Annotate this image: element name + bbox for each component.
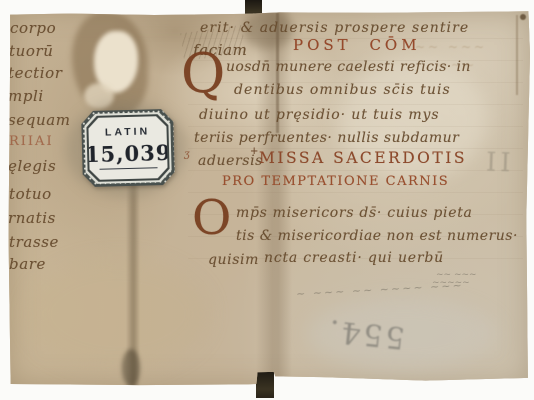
manuscript-line: diuino ut pręsidio· ut tuis mys <box>199 107 439 123</box>
stain <box>84 83 114 109</box>
stain <box>520 14 526 20</box>
stain <box>28 259 208 369</box>
manuscript-line: totuo <box>9 185 52 203</box>
manuscript-line: bare <box>9 255 46 273</box>
manuscript-rubric: RIIAI <box>9 134 54 149</box>
manuscript-line: sequam <box>8 111 71 129</box>
rubric-missa: MISSA SACERDOTIS <box>259 149 467 167</box>
manuscript-line: teriis perfruentes· nullis subdamur <box>194 130 459 146</box>
library-shelfmark-label: LATIN 15,039 <box>81 109 175 187</box>
cross-mark: + <box>250 146 258 157</box>
initial-o: O <box>192 194 231 242</box>
label-shelfmark-number: 15,039 <box>85 140 172 167</box>
faint-inscription: ~ ~~~ ~~ ~~~~ ~~~ <box>296 279 464 301</box>
manuscript-line: tuorū <box>9 42 54 60</box>
manuscript-line: uosdn̄ munere caelesti reficis· in <box>226 59 471 75</box>
manuscript-line: erit· & aduersis prospere sentire <box>200 20 469 36</box>
manuscript-line: quisim <box>208 252 259 268</box>
label-collection-text: LATIN <box>105 125 150 138</box>
faint-inscription: ~~ ~~~ <box>436 270 477 280</box>
crease <box>126 159 140 387</box>
crease <box>122 349 140 387</box>
manuscript-line: mp̄s misericors ds̄· cuius pieta <box>236 205 473 221</box>
binding-tab-bottom <box>256 369 274 398</box>
faint-inscription: ~~~~~ <box>432 278 470 288</box>
manuscript-line: tis & misericordiae non est numerus· <box>236 228 518 244</box>
manuscript-line: mpli <box>8 87 44 105</box>
stain <box>94 31 138 93</box>
manuscript-line: ncta creasti· qui uerbū <box>264 250 444 266</box>
manuscript-line: tectior <box>8 64 63 82</box>
parchment-bifolium: corpo tuorū tectior mpli sequam RIIAI ęl… <box>8 9 530 387</box>
manuscript-line: rnatis <box>8 209 56 227</box>
label-paper: LATIN 15,039 <box>88 116 168 180</box>
ghost-offset-script: ~~ ~~~ <box>415 40 487 54</box>
pencil-shelfmark-upside-down: 554. <box>324 312 406 355</box>
ghost-numeral: II <box>485 148 515 179</box>
manuscript-photo: corpo tuorū tectior mpli sequam RIIAI ęl… <box>0 0 534 400</box>
label-underline <box>100 167 158 170</box>
manuscript-line: dentibus omnibus sc̄is tuis <box>234 82 451 98</box>
margin-mark: ʒ <box>184 149 190 160</box>
manuscript-line: trasse <box>9 233 59 251</box>
manuscript-line: ęlegis <box>8 157 56 175</box>
stain <box>72 11 148 117</box>
rubric-pro-temptatione: PRO TEMPTATIONE CARNIS <box>222 174 449 189</box>
page-edge-line <box>516 15 518 95</box>
rubric-postcommunion: POST CŌM <box>293 36 421 54</box>
manuscript-line: corpo <box>10 19 56 37</box>
stain <box>308 299 498 369</box>
initial-q: Q <box>181 47 225 101</box>
